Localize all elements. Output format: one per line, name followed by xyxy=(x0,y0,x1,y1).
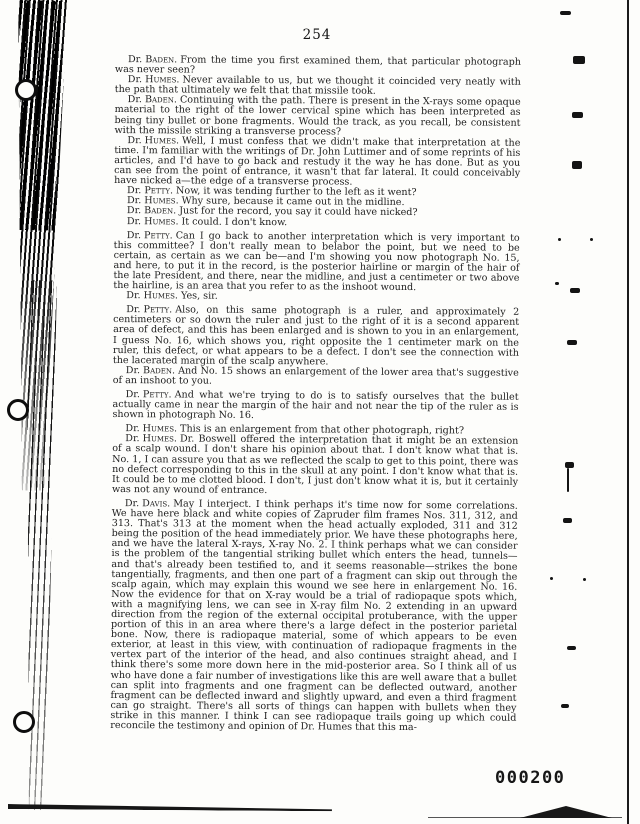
speaker-name: Humes. xyxy=(144,290,178,301)
page-bottom-shadow xyxy=(8,804,332,811)
speech-paragraph: Dr.Davis.May I interject. I think perhap… xyxy=(110,499,518,734)
speech-paragraph: Dr.Baden.And No. 15 shows an enlargement… xyxy=(113,366,519,389)
punch-hole xyxy=(7,399,29,421)
ink-speck xyxy=(572,161,582,169)
ink-speck xyxy=(570,288,580,293)
speaker-name: Baden. xyxy=(144,206,176,217)
speaker-prefix: Dr. xyxy=(126,290,140,301)
ink-speck xyxy=(565,462,574,468)
punch-hole xyxy=(13,711,35,733)
speaker-name: Humes. xyxy=(144,216,178,227)
speaker-prefix: Dr. xyxy=(127,216,141,227)
ink-speck xyxy=(563,518,572,523)
speech-text: And what we're trying to do is to satisf… xyxy=(112,389,518,421)
scanned-document-page: 254 Dr.Baden.From the time you first exa… xyxy=(0,0,640,824)
ink-speck xyxy=(567,646,576,650)
ink-speck xyxy=(560,11,571,15)
speech-paragraph: Dr.Petty.And what we're trying to do is … xyxy=(112,390,518,423)
archive-stamp-number: 000200 xyxy=(495,768,565,788)
speech-paragraph: Dr.Humes.It could. I don't know. xyxy=(114,216,520,229)
speech-paragraph: Dr.Petty.Also, on this same photograph i… xyxy=(113,305,519,368)
ink-speck xyxy=(561,704,569,708)
speech-text: Yes, sir. xyxy=(181,291,218,302)
speech-text: May I interject. I think perhaps it's ti… xyxy=(110,498,518,733)
ink-speck xyxy=(558,238,561,241)
ink-speck xyxy=(583,578,586,581)
speech-text: It could. I don't know. xyxy=(181,216,287,228)
ink-speck xyxy=(590,238,593,241)
ink-speck xyxy=(573,56,585,64)
page-number: 254 xyxy=(247,27,387,43)
ink-speck xyxy=(555,282,559,285)
ink-speck xyxy=(567,340,577,345)
speech-paragraph: Dr.Baden.Continuing with the path. There… xyxy=(114,95,520,138)
speech-paragraph: Dr.Humes.Dr. Boswell offered the interpr… xyxy=(112,434,518,497)
page-edge-line xyxy=(627,0,629,824)
speech-text: Dr. Boswell offered the interpretation t… xyxy=(112,434,518,496)
speech-paragraph: Dr.Humes.Well, I must confess that we di… xyxy=(114,136,520,189)
ink-speck xyxy=(572,112,583,118)
speech-paragraph: Dr.Petty.Can I go back to another interp… xyxy=(113,231,519,294)
ink-speck xyxy=(550,577,553,580)
punch-hole xyxy=(15,79,37,101)
ink-speck xyxy=(567,468,569,492)
speech-text: Also, on this same photograph is a ruler… xyxy=(113,305,519,368)
testimony-text-block: Dr.Baden.From the time you first examine… xyxy=(110,55,521,734)
page-corner-shadow xyxy=(520,806,612,818)
speech-text: Can I go back to another interpretation … xyxy=(113,230,519,293)
speaker-prefix: Dr. xyxy=(127,205,141,216)
speech-paragraph: Dr.Humes.Yes, sir. xyxy=(113,291,519,304)
